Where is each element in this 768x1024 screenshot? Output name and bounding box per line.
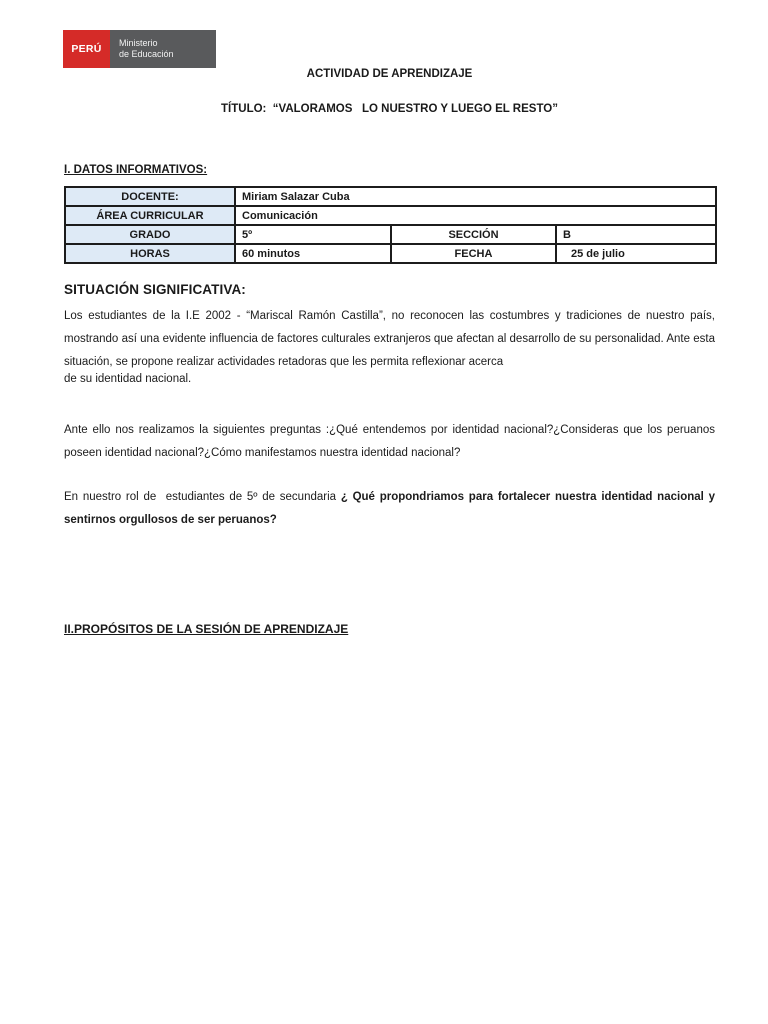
document-page: PERÚ Ministerio de Educación ACTIVIDAD D… [0, 0, 768, 1024]
paragraph-situacion-2: de su identidad nacional. [64, 368, 715, 391]
cell-grado-label: GRADO [65, 225, 235, 244]
section-heading-datos-informativos: I. DATOS INFORMATIVOS: [64, 164, 207, 176]
peru-logo-mark: PERÚ [63, 30, 110, 68]
paragraph-preguntas: Ante ello nos realizamos la siguientes p… [64, 419, 715, 465]
paragraph-situacion-1: Los estudiantes de la I.E 2002 - “Marisc… [64, 305, 715, 374]
paragraph-reto-intro: En nuestro rol de estudiantes de 5º de s… [64, 491, 341, 503]
table-row-horas-fecha: HORAS 60 minutos FECHA 25 de julio [65, 244, 716, 263]
cell-seccion-value: B [556, 225, 716, 244]
cell-horas-value: 60 minutos [235, 244, 391, 263]
peru-logo-text: PERÚ [71, 43, 101, 55]
cell-area-value: Comunicación [235, 206, 716, 225]
cell-horas-label: HORAS [65, 244, 235, 263]
table-row-grado-seccion: GRADO 5º SECCIÓN B [65, 225, 716, 244]
ministry-name-line1: Ministerio [119, 38, 216, 49]
ministry-name-line2: de Educación [119, 49, 216, 60]
document-subtitle: TÍTULO: “VALORAMOS LO NUESTRO Y LUEGO EL… [64, 103, 715, 115]
cell-grado-value: 5º [235, 225, 391, 244]
table-row-docente: DOCENTE: Miriam Salazar Cuba [65, 187, 716, 206]
cell-fecha-label: FECHA [391, 244, 556, 263]
document-title: ACTIVIDAD DE APRENDIZAJE [64, 68, 715, 80]
section-heading-situacion-significativa: SITUACIÓN SIGNIFICATIVA: [64, 282, 246, 297]
cell-docente-value: Miriam Salazar Cuba [235, 187, 716, 206]
section-heading-propositos: II.PROPÓSITOS DE LA SESIÓN DE APRENDIZAJ… [64, 622, 348, 636]
ministry-name-box: Ministerio de Educación [110, 30, 216, 68]
cell-area-label: ÁREA CURRICULAR [65, 206, 235, 225]
datos-informativos-table: DOCENTE: Miriam Salazar Cuba ÁREA CURRIC… [64, 186, 717, 264]
cell-docente-label: DOCENTE: [65, 187, 235, 206]
table-row-area-curricular: ÁREA CURRICULAR Comunicación [65, 206, 716, 225]
cell-seccion-label: SECCIÓN [391, 225, 556, 244]
minedu-logo: PERÚ Ministerio de Educación [63, 30, 216, 68]
cell-fecha-value: 25 de julio [556, 244, 716, 263]
paragraph-reto: En nuestro rol de estudiantes de 5º de s… [64, 486, 715, 532]
